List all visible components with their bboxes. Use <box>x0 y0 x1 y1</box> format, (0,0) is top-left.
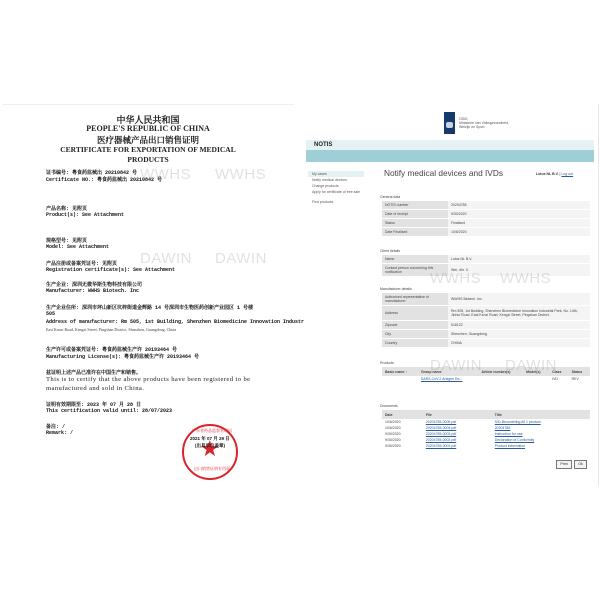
notis-page: CIBG Ministerie van Volksgezondheid, Wel… <box>304 104 599 486</box>
column-header[interactable]: Date <box>382 410 423 419</box>
print-button[interactable]: Print <box>556 460 572 469</box>
sidebar-item-free-sale[interactable]: Apply for certificate of free sale <box>308 189 364 195</box>
column-header[interactable]: Status <box>569 367 590 376</box>
products-table: Basic name ↑ Group name Article number(s… <box>382 367 590 382</box>
seal-bottom-text: 出口销售证明专用章 <box>194 466 230 472</box>
product-en: Product(s): See Attachment <box>46 212 124 218</box>
seal-date: 2021 年 07 月 29 日 <box>190 436 230 442</box>
official-seal: 广东省药品监督管理局 ★ 2021 年 07 月 29 日 (出具单位盖章) 出… <box>182 424 238 480</box>
watermark: WWHS <box>430 270 481 287</box>
model-en: Model: See Attachment <box>46 244 109 250</box>
seal-label: (出具单位盖章) <box>195 443 225 449</box>
address-en-2: East Kenzi Road, Kengzi Street, Pingshan… <box>46 327 176 332</box>
ok-button[interactable]: Ok <box>574 460 587 469</box>
product-link[interactable]: SARS-CoV-2 Antigen Ra... <box>421 377 462 381</box>
file-link[interactable]: 20204785-0002.pdf <box>426 438 456 442</box>
product-cn: 产品名称: 见附页 <box>46 205 87 212</box>
sidebar: My cases Notify medical devices Change p… <box>308 171 364 205</box>
registration-en: Registration certificate(s): See Attachm… <box>46 267 175 273</box>
manufacturer-details-heading: Manufacturer details <box>380 287 412 291</box>
app-name: NOTIS <box>314 142 332 148</box>
title-en-1: CERTIFICATE FOR EXPORTATION OF MEDICAL <box>2 145 294 154</box>
license-en: Manufacturing License(s): 粤食药监械生产许 20193… <box>46 353 199 360</box>
statement-en-2: manufactured and sold in China. <box>46 385 144 392</box>
logout-link[interactable]: Log out <box>561 172 573 176</box>
title-link[interactable]: Instruction for use <box>495 432 523 436</box>
documents-heading: Documents <box>380 404 398 408</box>
statement-en-1: This is to certify that the above produc… <box>46 376 250 383</box>
general-data-table: NOTIS number20204785 Date of receipt9/30… <box>382 201 590 237</box>
watermark: DAWIN <box>430 357 482 374</box>
table-row: SARS-CoV-2 Antigen Ra... IVD REV <box>382 376 590 382</box>
sidebar-item-find-products[interactable]: Find products <box>308 199 364 205</box>
model-cn: 规格型号: 见附页 <box>46 237 87 244</box>
column-header[interactable]: Basic name ↑ <box>382 367 418 376</box>
file-link[interactable]: 20204785-0003.pdf <box>426 432 456 436</box>
remark-en: Remark: / <box>46 430 73 436</box>
valid-until-cn: 证明有效期限至: 2023 年 07 月 28 日 <box>46 401 141 408</box>
column-header[interactable]: Title <box>492 410 590 419</box>
seal-authority-text: 广东省药品监督管理局 <box>192 428 232 434</box>
user-name: Lotus NL B.V. <box>536 172 559 176</box>
remark-cn: 备注: / <box>46 423 65 430</box>
title-link[interactable]: 20204785 <box>495 426 511 430</box>
registration-cn: 产品注册或备案凭证号: 见附页 <box>46 260 117 267</box>
column-header[interactable]: File <box>423 410 492 419</box>
title-link[interactable]: IVD-Beoordeling All 1 product <box>495 420 541 424</box>
file-link[interactable]: 20204785-0001.pdf <box>426 444 456 448</box>
general-data-heading: General data <box>380 195 400 199</box>
user-info: Lotus NL B.V. | Log out <box>536 172 573 176</box>
watermark: DAWIN <box>140 250 192 267</box>
address-cn-1: 生产企业住所: 深圳市坪山新区坑梓街道金辉路 14 号深圳市生物医药创新产业园区… <box>46 304 253 311</box>
watermark: WWHS <box>140 166 191 183</box>
nav-bar <box>306 150 594 162</box>
watermark: WWHS <box>215 166 266 183</box>
client-details-table: NameLotus NL B.V. Contact person concern… <box>382 255 590 277</box>
license-cn: 生产许可或备案凭证号: 粤食药监械生产许 20193464 号 <box>46 346 177 353</box>
file-link[interactable]: 20204785-0004.pdf <box>426 426 456 430</box>
manufacturer-cn: 生产企业: 深圳无微华斯生物科技有限公司 <box>46 281 142 288</box>
valid-until-en: This certification valid until: 28/07/20… <box>46 408 172 414</box>
manufacturer-en: Manufacturer: WWHS Biotech. Inc <box>46 288 139 294</box>
country-en: PEOPLE'S REPUBLIC OF CHINA <box>2 124 294 133</box>
title-en-2: PRODUCTS <box>2 155 294 164</box>
cert-no-cn: 证书编号: 粤食药监械出 20210842 号 <box>46 169 137 176</box>
government-logo-icon <box>444 112 455 134</box>
client-details-heading: Client details <box>380 249 400 253</box>
export-certificate: 中华人民共和国 PEOPLE'S REPUBLIC OF CHINA 医疗器械产… <box>2 104 294 487</box>
app-header: NOTIS <box>306 140 594 150</box>
file-link[interactable]: 20204785-0005.pdf <box>426 420 456 424</box>
watermark: DAWIN <box>505 357 557 374</box>
watermark: DAWIN <box>215 250 267 267</box>
statement-cn: 兹证明上述产品已准许在中国生产和销售。 <box>46 369 141 376</box>
page-title: Notify medical devices and IVDs <box>384 168 503 178</box>
products-heading: Products <box>380 361 394 365</box>
documents-table: Date File Title 10/6/202020204785-0005.p… <box>382 410 590 449</box>
logo-text: CIBG Ministerie van Volksgezondheid, Wel… <box>459 117 509 129</box>
watermark: WWHS <box>500 270 551 287</box>
title-link[interactable]: Product information <box>495 444 525 448</box>
table-row: 9/30/202020204785-0001.pdfProduct inform… <box>382 443 590 449</box>
title-link[interactable]: Declaration of Conformity <box>495 438 535 442</box>
address-cn-2: 505 <box>46 311 55 317</box>
manufacturer-details-table: Authorised representative of manufacture… <box>382 293 590 348</box>
